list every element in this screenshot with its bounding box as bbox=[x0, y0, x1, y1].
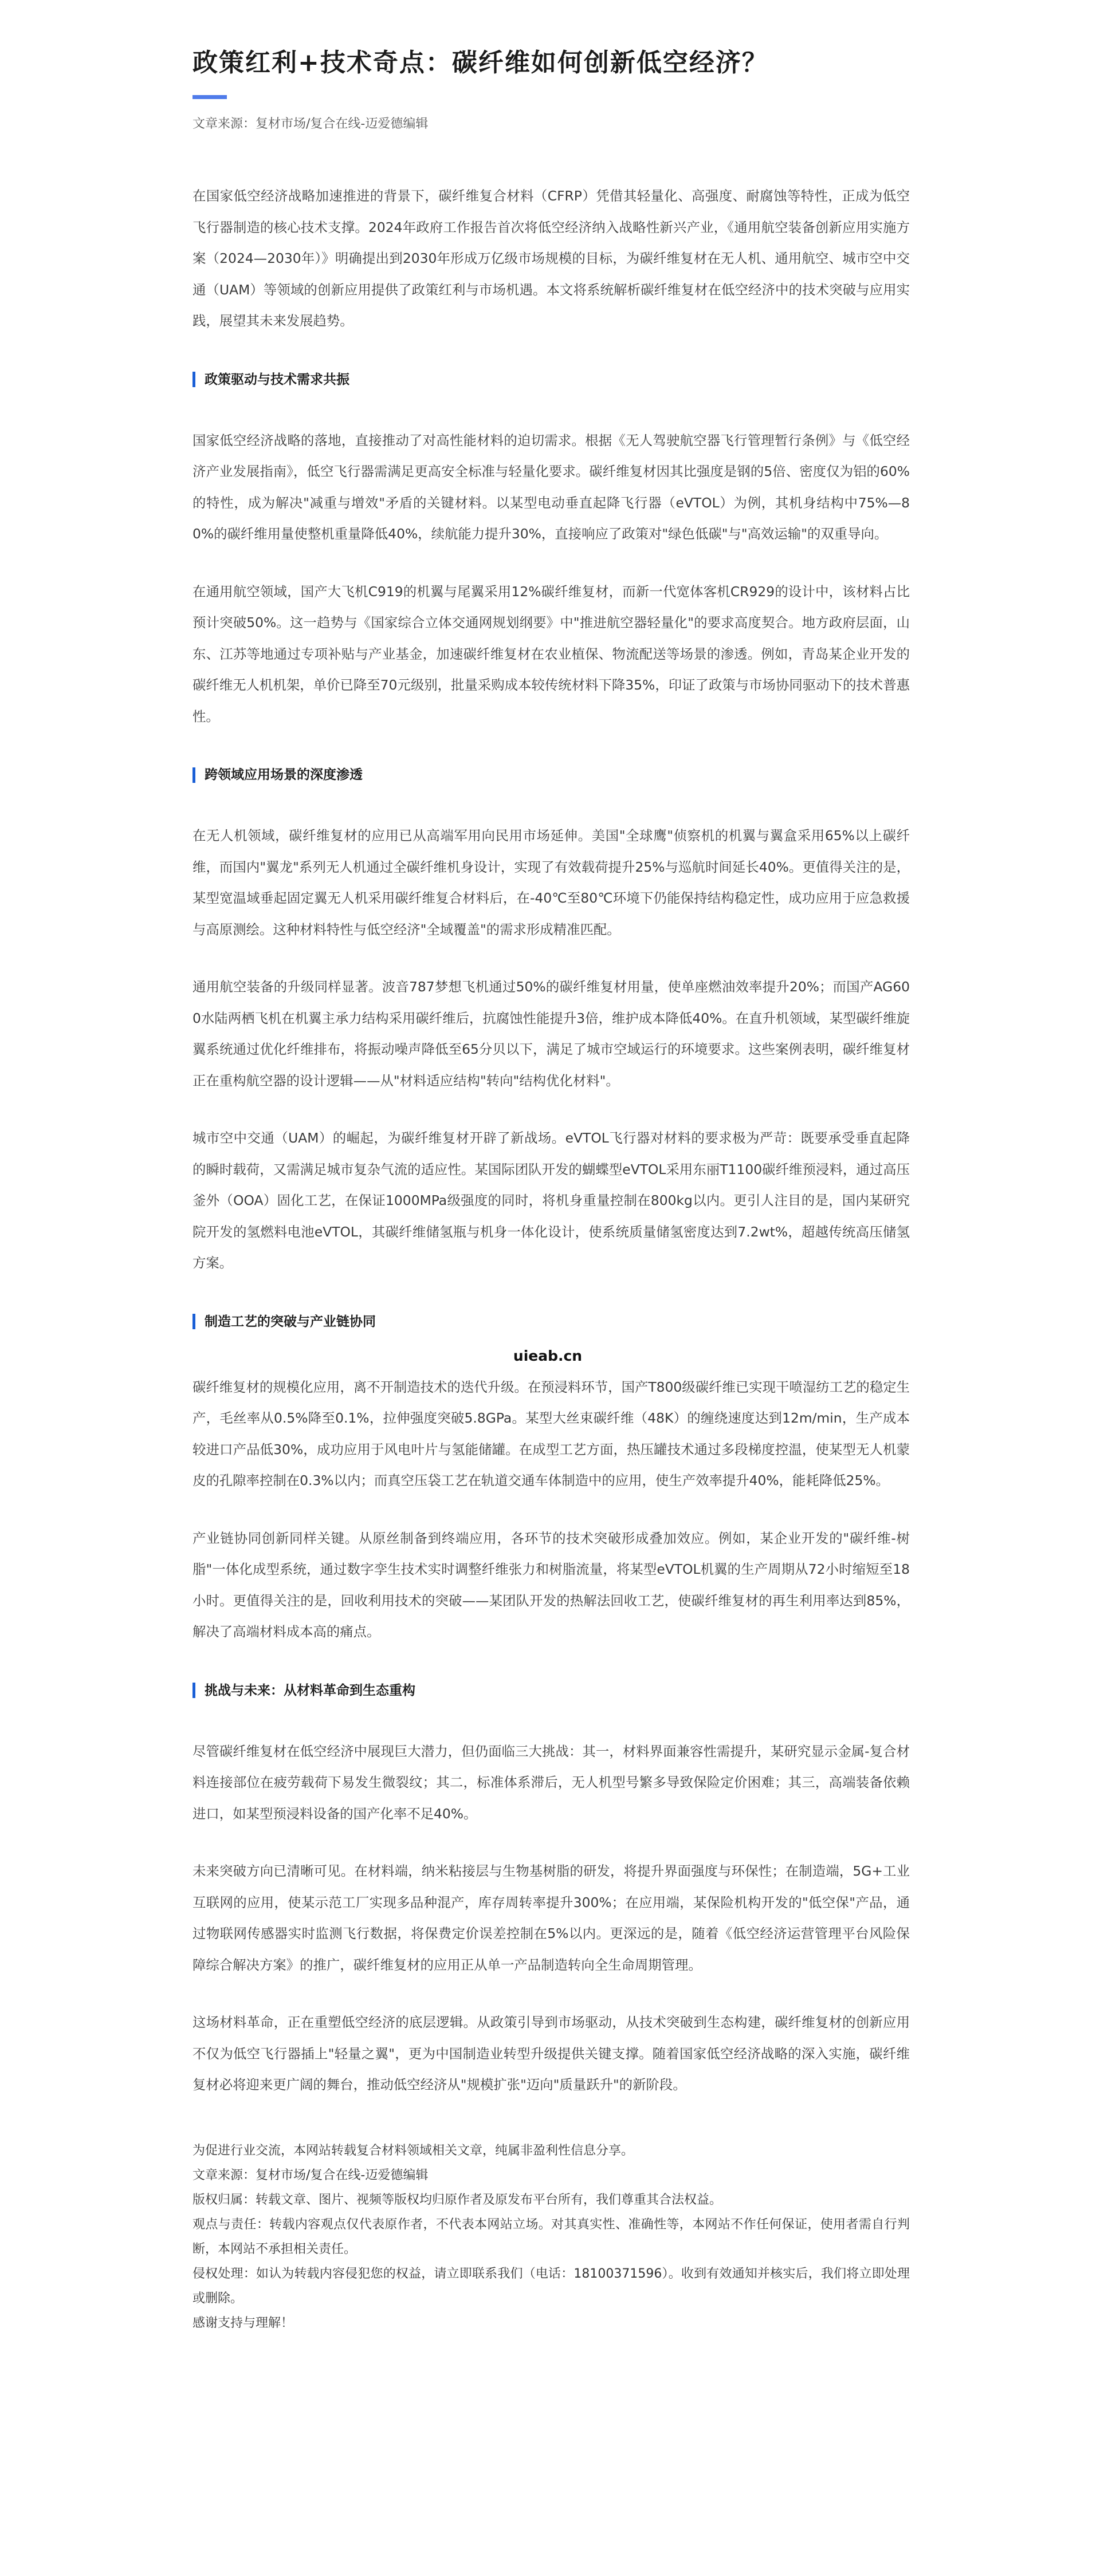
heading-marker-icon bbox=[192, 1314, 195, 1329]
section-heading-text: 挑战与未来：从材料革命到生态重构 bbox=[205, 1682, 415, 1699]
article-source: 文章来源：复材市场/复合在线-迈爱德编辑 bbox=[192, 115, 910, 133]
disclaimer-copyright: 版权归属：转载文章、图片、视频等版权均归原作者及原发布平台所有，我们尊重其合法权… bbox=[192, 2188, 910, 2212]
paragraph: 尽管碳纤维复材在低空经济中展现巨大潜力，但仍面临三大挑战：其一，材料界面兼容性需… bbox=[192, 1736, 910, 1830]
section-heading: 制造工艺的突破与产业链协同 bbox=[192, 1313, 910, 1330]
paragraph: 通用航空装备的升级同样显著。波音787梦想飞机通过50%的碳纤维复材用量，使单座… bbox=[192, 971, 910, 1096]
disclaimer-responsibility: 观点与责任：转载内容观点仅代表原作者，不代表本网站立场。对其真实性、准确性等，本… bbox=[192, 2212, 910, 2262]
disclaimer-thanks: 感谢支持与理解！ bbox=[192, 2311, 910, 2335]
paragraph: 在通用航空领域，国产大飞机C919的机翼与尾翼采用12%碳纤维复材，而新一代宽体… bbox=[192, 576, 910, 732]
section-applications: 跨领域应用场景的深度渗透 在无人机领域，碳纤维复材的应用已从高端军用向民用市场延… bbox=[192, 766, 910, 1279]
paragraph: 产业链协同创新同样关键。从原丝制备到终端应用，各环节的技术突破形成叠加效应。例如… bbox=[192, 1523, 910, 1648]
section-challenges-future: 挑战与未来：从材料革命到生态重构 尽管碳纤维复材在低空经济中展现巨大潜力，但仍面… bbox=[192, 1682, 910, 2101]
intro-paragraph: 在国家低空经济战略加速推进的背景下，碳纤维复合材料（CFRP）凭借其轻量化、高强… bbox=[192, 180, 910, 337]
section-heading-text: 跨领域应用场景的深度渗透 bbox=[205, 766, 363, 783]
heading-marker-icon bbox=[192, 767, 195, 783]
paragraph: 城市空中交通（UAM）的崛起，为碳纤维复材开辟了新战场。eVTOL飞行器对材料的… bbox=[192, 1122, 910, 1279]
section-policy: 政策驱动与技术需求共振 国家低空经济战略的落地，直接推动了对高性能材料的迫切需求… bbox=[192, 371, 910, 732]
paragraph: 未来突破方向已清晰可见。在材料端，纳米粘接层与生物基树脂的研发，将提升界面强度与… bbox=[192, 1856, 910, 1980]
watermark: uieab.cn bbox=[192, 1348, 910, 1365]
section-manufacturing: 制造工艺的突破与产业链协同 uieab.cn 碳纤维复材的规模化应用，离不开制造… bbox=[192, 1313, 910, 1648]
section-heading: 政策驱动与技术需求共振 bbox=[192, 371, 910, 388]
article: 政策红利+技术奇点：碳纤维如何创新低空经济？ 文章来源：复材市场/复合在线-迈爱… bbox=[192, 0, 910, 2335]
paragraph: 碳纤维复材的规模化应用，离不开制造技术的迭代升级。在预浸料环节，国产T800级碳… bbox=[192, 1372, 910, 1496]
disclaimer-intro: 为促进行业交流，本网站转载复合材料领域相关文章，纯属非盈利性信息分享。 bbox=[192, 2138, 910, 2163]
paragraph: 这场材料革命，正在重塑低空经济的底层逻辑。从政策引导到市场驱动，从技术突破到生态… bbox=[192, 2007, 910, 2101]
article-title: 政策红利+技术奇点：碳纤维如何创新低空经济？ bbox=[192, 0, 910, 80]
section-heading: 跨领域应用场景的深度渗透 bbox=[192, 766, 910, 783]
section-heading: 挑战与未来：从材料革命到生态重构 bbox=[192, 1682, 910, 1699]
heading-marker-icon bbox=[192, 1683, 195, 1698]
disclaimer-footer: 为促进行业交流，本网站转载复合材料领域相关文章，纯属非盈利性信息分享。 文章来源… bbox=[192, 2138, 910, 2335]
disclaimer-source: 文章来源：复材市场/复合在线-迈爱德编辑 bbox=[192, 2163, 910, 2188]
disclaimer-infringement: 侵权处理：如认为转载内容侵犯您的权益，请立即联系我们（电话：1810037159… bbox=[192, 2262, 910, 2311]
paragraph: 国家低空经济战略的落地，直接推动了对高性能材料的迫切需求。根据《无人驾驶航空器飞… bbox=[192, 425, 910, 550]
section-heading-text: 制造工艺的突破与产业链协同 bbox=[205, 1313, 376, 1330]
section-heading-text: 政策驱动与技术需求共振 bbox=[205, 371, 349, 388]
paragraph: 在无人机领域，碳纤维复材的应用已从高端军用向民用市场延伸。美国"全球鹰"侦察机的… bbox=[192, 820, 910, 945]
title-accent-bar bbox=[192, 95, 227, 99]
heading-marker-icon bbox=[192, 372, 195, 387]
